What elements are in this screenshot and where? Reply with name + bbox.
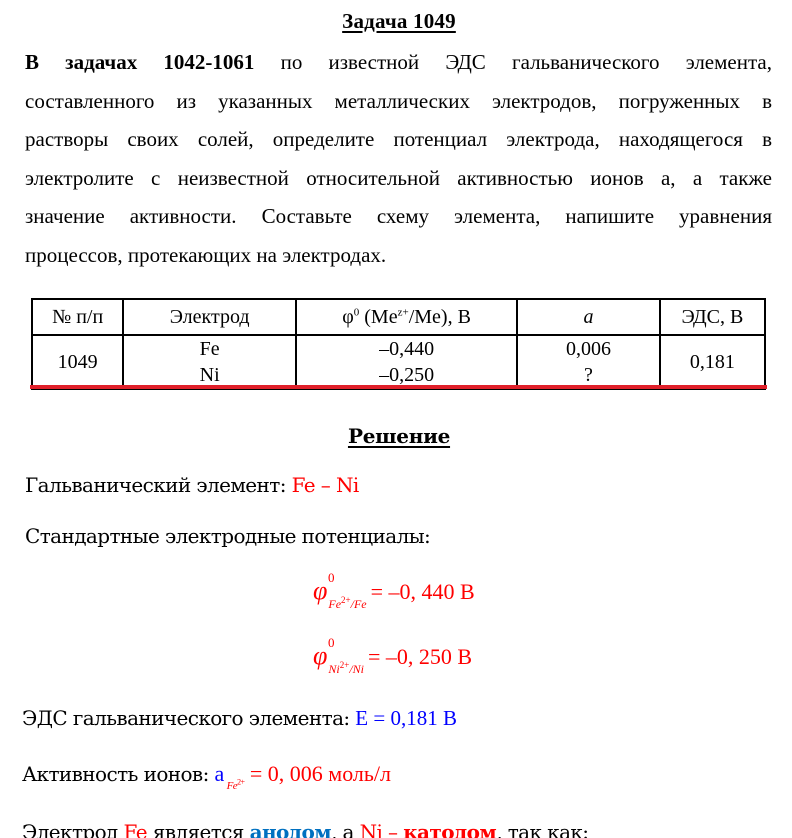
header-emf: ЭДС, В xyxy=(660,299,765,335)
task-line-2: составленного из указанных металлических… xyxy=(25,82,772,121)
task-data-table: № п/п Электрод φ0 (Mez+/Me), В a ЭДС, В … xyxy=(31,298,766,390)
role-ni: Ni xyxy=(360,820,383,838)
role-anode: анодом xyxy=(250,820,331,838)
ion-charge-sup: z+ xyxy=(398,306,409,318)
ni-potential-value: = –0, 250 В xyxy=(368,644,472,669)
electrode-fe: Fe xyxy=(200,338,220,360)
activity-ni: ? xyxy=(584,364,593,386)
activity-line: Активность ионов: aFe2+ = 0, 006 моль/л xyxy=(22,761,391,787)
task-line-6: процессов, протекающих на электродах. xyxy=(25,236,772,275)
task-title: Задача 1049 xyxy=(0,9,792,34)
galvanic-value: Fe – Ni xyxy=(292,473,359,497)
activity-subscript: Fe2+ xyxy=(227,780,245,792)
cell-number: 1049 xyxy=(32,335,123,389)
role-text-3: , а xyxy=(331,820,360,838)
activity-symbol: a xyxy=(214,761,223,786)
table-row: 1049 FeNi –0,440–0,250 0,006? 0,181 xyxy=(32,335,765,389)
activity-fe: 0,006 xyxy=(566,338,611,360)
role-text-1: Электрод xyxy=(22,820,124,838)
role-fe: Fe xyxy=(124,820,147,838)
role-cathode: катодом xyxy=(403,820,496,838)
task-line-5: значение активности. Составьте схему эле… xyxy=(25,197,772,236)
header-potential: φ0 (Mez+/Me), В xyxy=(296,299,517,335)
electrode-role-line: Электрод Fe является анодом, а Ni – като… xyxy=(22,820,588,838)
task-range-bold: В задачах 1042-1061 xyxy=(25,50,254,74)
formula-fe-potential: φ0Fe2+/Fe= –0, 440 В xyxy=(313,576,475,606)
potential-fe: –0,440 xyxy=(379,338,434,360)
solution-title: Решение xyxy=(0,424,792,448)
task-line-4: электролите с неизвестной относительной … xyxy=(25,159,772,198)
potential-suffix: /Me), В xyxy=(409,306,471,328)
ni-subscript: Ni2+/Ni xyxy=(328,662,364,676)
emf-label: ЭДС гальванического элемента: xyxy=(22,706,355,730)
cell-potentials: –0,440–0,250 xyxy=(296,335,517,389)
table-underline-rule xyxy=(30,385,767,389)
emf-line: ЭДС гальванического элемента: E = 0,181 … xyxy=(22,706,457,731)
task-line-1: по известной ЭДС гальванического элемент… xyxy=(254,50,772,74)
cell-electrodes: FeNi xyxy=(123,335,296,389)
header-electrode: Электрод xyxy=(123,299,296,335)
fe-subscript: Fe2+/Fe xyxy=(328,597,366,611)
cell-activities: 0,006? xyxy=(517,335,660,389)
potential-ni: –0,250 xyxy=(379,364,434,386)
header-number: № п/п xyxy=(32,299,123,335)
galvanic-label: Гальванический элемент: xyxy=(25,473,292,497)
task-statement: В задачах 1042-1061 по известной ЭДС гал… xyxy=(25,43,772,275)
formula-ni-potential: φ0Ni2+/Ni= –0, 250 В xyxy=(313,641,472,671)
electrode-ni: Ni xyxy=(200,364,220,386)
cell-emf: 0,181 xyxy=(660,335,765,389)
role-dash: – xyxy=(382,820,403,838)
table-header-row: № п/п Электрод φ0 (Mez+/Me), В a ЭДС, В xyxy=(32,299,765,335)
activity-label: Активность ионов: xyxy=(22,762,214,786)
task-line-3: растворы своих солей, определите потенци… xyxy=(25,120,772,159)
standard-potentials-label: Стандартные электродные потенциалы: xyxy=(25,524,430,548)
fe-potential-value: = –0, 440 В xyxy=(371,579,475,604)
potential-mid: (Me xyxy=(359,306,397,328)
galvanic-element-line: Гальванический элемент: Fe – Ni xyxy=(25,473,359,497)
role-text-4: , так как: xyxy=(496,820,588,838)
phi-symbol: φ xyxy=(342,306,354,328)
phi-fe: φ0 xyxy=(313,576,327,605)
emf-value: E = 0,181 В xyxy=(355,706,457,730)
activity-value: = 0, 006 моль/л xyxy=(244,761,391,786)
role-text-2: является xyxy=(147,820,250,838)
header-activity: a xyxy=(517,299,660,335)
phi-ni: φ0 xyxy=(313,641,327,670)
